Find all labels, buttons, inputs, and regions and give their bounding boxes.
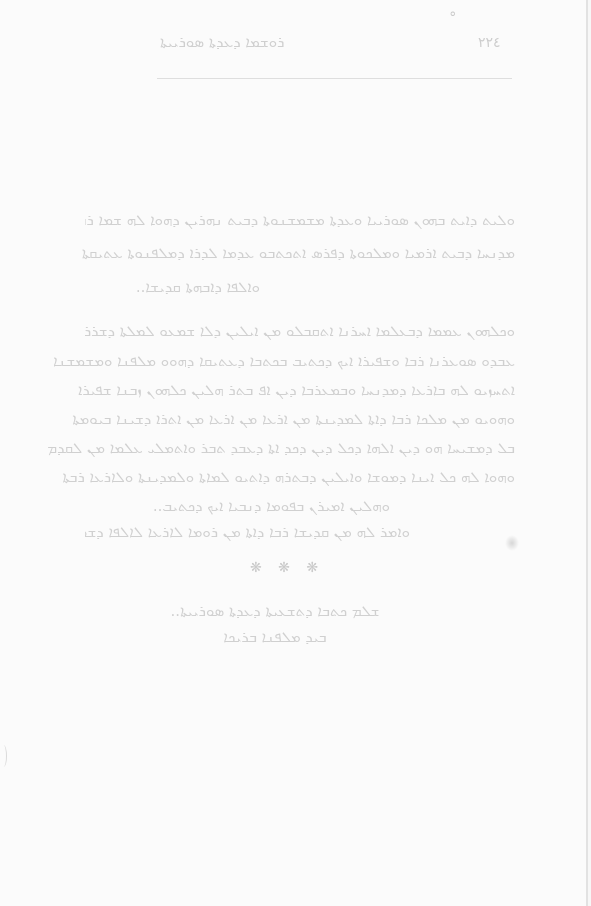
- scanned-page: ܘ ܪܘܫܡܐ ܕܥܕܬܐ ܣܘܪܝܝܬܐ ٢٢٤ ܘܠܝܬ ܕܐܝܬ ܒܗܘܢ…: [0, 0, 588, 906]
- running-head: ܪܘܫܡܐ ܕܥܕܬܐ ܣܘܪܝܝܬܐ: [160, 33, 360, 51]
- text-line: ܘܗܘܐ ܠܗ ܟܠ ܐܝܢܐ ܕܡܘܫܐ ܘܐܝܠܝܢ ܕܒܬܪܗ ܕܐܬܝܘ…: [45, 468, 515, 486]
- text-line: ܘܐܡܪ ܠܗ ܡܢ ܩܕܝܫܐ ܪܒܐ ܕܐܬܐ ܡܢ ܪܘܡܐ ܠܐܪܥܐ …: [85, 523, 410, 541]
- page-edge-mark: [0, 745, 7, 767]
- page-number: ٢٢٤: [478, 35, 501, 51]
- text-line: ܘܗܠܝܢ ܐܡܝܪܢ ܒܦܘܡܐ ܕܢܒܝܐ ܐܝܟ ܕܟܬܝܒ..: [45, 497, 390, 515]
- smudge-mark: [505, 535, 519, 551]
- text-line: ܘܗܘܝܘ ܡܢ ܡܠܟܐ ܪܒܐ ܕܐܬܐ ܠܡܕܝܢܬܐ ܡܢ ܐܪܥܐ ܡ…: [45, 410, 515, 428]
- text-line: ܘܠܝܬ ܕܐܝܬ ܒܗܘܢ ܣܘܪܝܝܐ ܘܥܕܬܐ ܡܫܡܫܢܘܬܐ ܕܒܝ…: [85, 211, 515, 229]
- text-line: ܘܐܠܦܐ ܕܐܒܗܬܐ ܩܕܝܫܐ..: [45, 278, 260, 296]
- text-line: ܐܬܚܙܝܘ ܠܗ ܒܐܪܥܐ ܕܡܕܢܚܐ ܘܒܡܥܪܒܐ ܕܝܢ ܐܦ ܒܬ…: [45, 381, 515, 399]
- text-line: ܒܠ ܕܡܫܝܚܐ ܗܘ ܕܝܢ ܐܠܗܐ ܕܟܠ ܕܝܢ ܕܟܕ ܐܬܐ ܕܥ…: [45, 439, 515, 457]
- header-rule: [157, 78, 512, 79]
- text-line: ܘܟܠܗܘܢ ܥܡܡܐ ܕܒܥܠܡܐ ܐܚܪܢܐ ܐܬܩܒܠܘ ܡܢ ܐܝܠܝܢ…: [85, 322, 515, 340]
- text-line: ܥܒܕܘ ܣܘܥܪܢܐ ܪܒܐ ܘܫܦܝܪܐ ܐܝܟ ܕܟܬܝܒ ܒܟܬܒܐ ܕ…: [45, 352, 515, 370]
- closing-line: ܒܝܕ ܡܠܦܢܐ ܒܪܝܟܐ: [205, 628, 345, 646]
- closing-line: ܫܠܡ ܟܬܒܐ ܕܬܫܥܝܬܐ ܕܥܕܬܐ ܣܘܪܝܝܬܐ..: [150, 602, 400, 620]
- section-ornament: ❋ ❋ ❋: [250, 560, 324, 576]
- text-line: ܡܕܢܚܐ ܕܒܝܬ ܐܪܡܝܐ ܘܡܠܟܘܬܐ ܕܦܪܣ ܐܬܟܬܒܘ ܥܕܡ…: [45, 244, 515, 262]
- top-mark: ܘ: [450, 8, 456, 19]
